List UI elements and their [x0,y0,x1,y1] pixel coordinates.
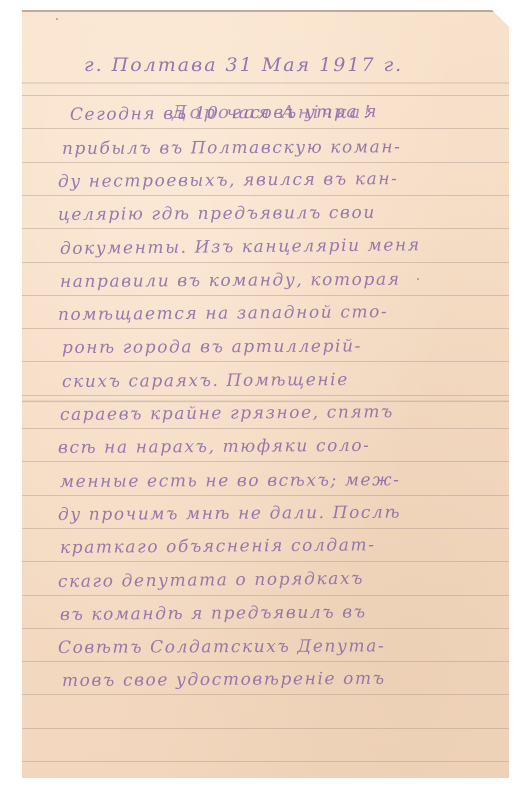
paper-crease [22,82,509,84]
paper-spot [417,278,419,280]
ruled-line [22,228,509,229]
letter-line: товъ свое удостовѣреніе отъ [62,669,386,691]
letter-line: прибылъ въ Полтавскую коман- [62,137,402,159]
ruled-line [22,628,509,629]
letter-line: направили въ команду, которая [60,269,401,291]
letter-line: ду прочимъ мнѣ не дали. Послѣ [58,502,401,524]
letter-line: сараевъ крайне грязное, спятъ [60,402,394,425]
ruled-line [22,428,509,429]
ruled-line [22,295,509,296]
ruled-line [22,395,509,396]
letter-line: Сегодня въ 10 часовъ утра я [70,102,378,125]
ruled-line [22,728,509,729]
ruled-line [22,262,509,263]
ruled-line [22,495,509,496]
letter-line: въ командѣ я предъявилъ въ [60,602,367,625]
ruled-line [22,95,509,96]
ruled-line [22,461,509,462]
letter-line: Совѣтъ Солдатскихъ Депута- [58,636,385,658]
ruled-line [22,595,509,596]
ruled-line [22,361,509,362]
letter-line: менные есть не во всѣхъ; меж- [60,470,401,492]
ruled-line [22,661,509,662]
paper-spot [56,18,58,20]
letter-line: всѣ на нарахъ, тюфяки соло- [58,436,371,458]
ruled-line [22,162,509,163]
ruled-line [22,561,509,562]
ruled-line [22,694,509,695]
letter-line: целярію гдѣ предъявилъ свои [58,203,376,225]
ruled-line [22,761,509,762]
ruled-line [22,328,509,329]
letter-line: краткаго объясненія солдат- [60,535,376,558]
ruled-line [22,195,509,196]
letter-line: документы. Изъ канцеляріи меня [60,235,421,259]
letter-place-date: г. Полтава 31 Мая 1917 г. [84,54,403,76]
letter-line: скихъ сараяхъ. Помѣщеніе [62,370,349,392]
letter-line: помѣщается на западной сто- [58,302,389,325]
letter-line: скаго депутата о порядкахъ [58,568,364,591]
ruled-line [22,528,509,529]
ruled-line [22,128,509,129]
letter-line: ронѣ города въ артиллерій- [62,337,362,359]
letter-paper: г. Полтава 31 Мая 1917 г. Дорогая Анічка… [22,10,509,778]
letter-line: ду нестроевыхъ, явился въ кан- [58,169,399,192]
